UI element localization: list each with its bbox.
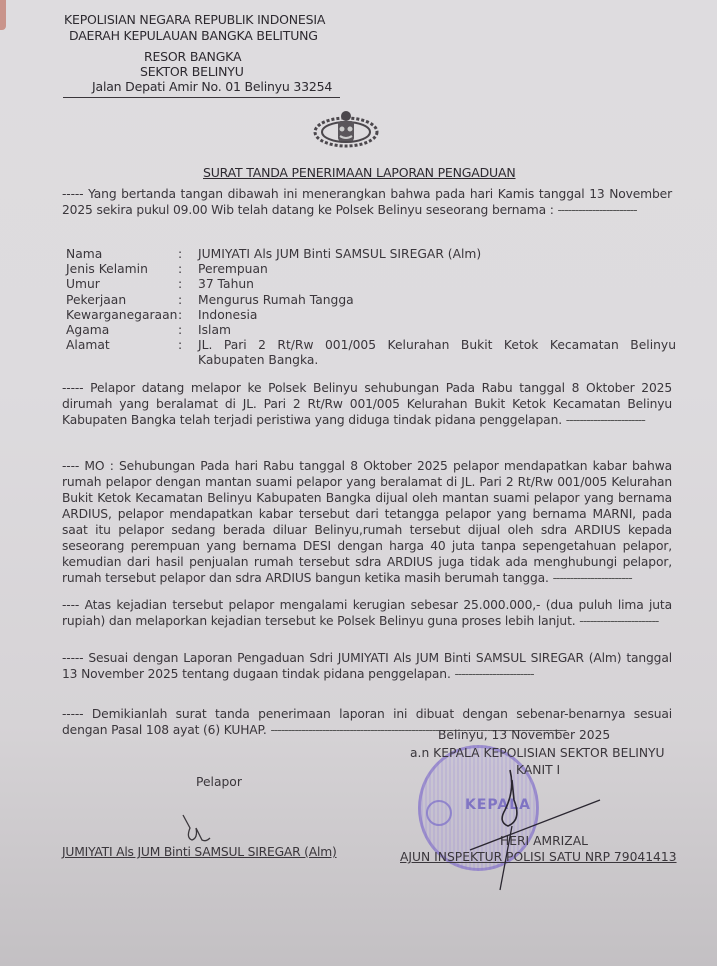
reporter-name: JUMIYATI Als JUM Binti SAMSUL SIREGAR (A… <box>62 845 337 859</box>
identity-row-address: Alamat : JL. Pari 2 Rt/Rw 001/005 Kelura… <box>66 338 678 368</box>
identity-label: Kewarganegaraan <box>66 308 178 323</box>
identity-label: Pekerjaan <box>66 293 178 308</box>
on-behalf-of: a.n KEPALA KEPOLISIAN SEKTOR BELINYU <box>410 746 665 760</box>
officer-signature-icon <box>450 760 630 900</box>
reporter-signature-icon <box>178 810 218 845</box>
background-edge <box>0 0 6 30</box>
identity-table: Nama : JUMIYATI Als JUM Binti SAMSUL SIR… <box>66 247 678 369</box>
identity-value: Mengurus Rumah Tangga <box>198 293 678 308</box>
place-date: Belinyu, 13 November 2025 <box>438 728 610 742</box>
reference-paragraph: ----- Sesuai dengan Laporan Pengaduan Sd… <box>62 650 672 682</box>
letterhead-line-2: DAERAH KEPULAUAN BANGKA BELITUNG <box>69 28 318 44</box>
letterhead-address: Jalan Depati Amir No. 01 Belinyu 33254 <box>92 79 332 95</box>
identity-row-religion: Agama : Islam <box>66 323 678 338</box>
identity-label: Nama <box>66 247 178 262</box>
identity-row-citizenship: Kewarganegaraan : Indonesia <box>66 308 678 323</box>
identity-value: 37 Tahun <box>198 277 678 292</box>
loss-paragraph: ---- Atas kejadian tersebut pelapor meng… <box>62 597 672 629</box>
letterhead-line-4: SEKTOR BELINYU <box>140 64 244 80</box>
identity-value: Indonesia <box>198 308 678 323</box>
identity-value: Perempuan <box>198 262 678 277</box>
letterhead-line-3: RESOR BANGKA <box>144 49 241 65</box>
police-emblem-icon <box>312 108 380 148</box>
identity-value: JL. Pari 2 Rt/Rw 001/005 Kelurahan Bukit… <box>198 338 676 368</box>
identity-value: Islam <box>198 323 678 338</box>
identity-label: Jenis Kelamin <box>66 262 178 277</box>
stamp-emblem-icon <box>426 800 452 826</box>
identity-label: Umur <box>66 277 178 292</box>
dot-leader: ----------------------- <box>557 203 636 217</box>
document-title: SURAT TANDA PENERIMAAN LAPORAN PENGADUAN <box>203 165 516 180</box>
letterhead-line-1: KEPOLISIAN NEGARA REPUBLIK INDONESIA <box>64 12 325 28</box>
identity-row-occupation: Pekerjaan : Mengurus Rumah Tangga <box>66 293 678 308</box>
identity-row-name: Nama : JUMIYATI Als JUM Binti SAMSUL SIR… <box>66 247 678 262</box>
letterhead-underline <box>63 97 340 98</box>
identity-label: Alamat <box>66 338 178 368</box>
document-page: KEPOLISIAN NEGARA REPUBLIK INDONESIA DAE… <box>0 0 717 966</box>
identity-value: JUMIYATI Als JUM Binti SAMSUL SIREGAR (A… <box>198 247 678 262</box>
identity-label: Agama <box>66 323 178 338</box>
identity-row-age: Umur : 37 Tahun <box>66 277 678 292</box>
reporter-label: Pelapor <box>196 775 242 789</box>
modus-operandi-paragraph: ---- MO : Sehubungan Pada hari Rabu tang… <box>62 458 672 586</box>
report-paragraph: ----- Pelapor datang melapor ke Polsek B… <box>62 380 672 428</box>
identity-row-gender: Jenis Kelamin : Perempuan <box>66 262 678 277</box>
intro-paragraph: ----- Yang bertanda tangan dibawah ini m… <box>62 186 672 218</box>
